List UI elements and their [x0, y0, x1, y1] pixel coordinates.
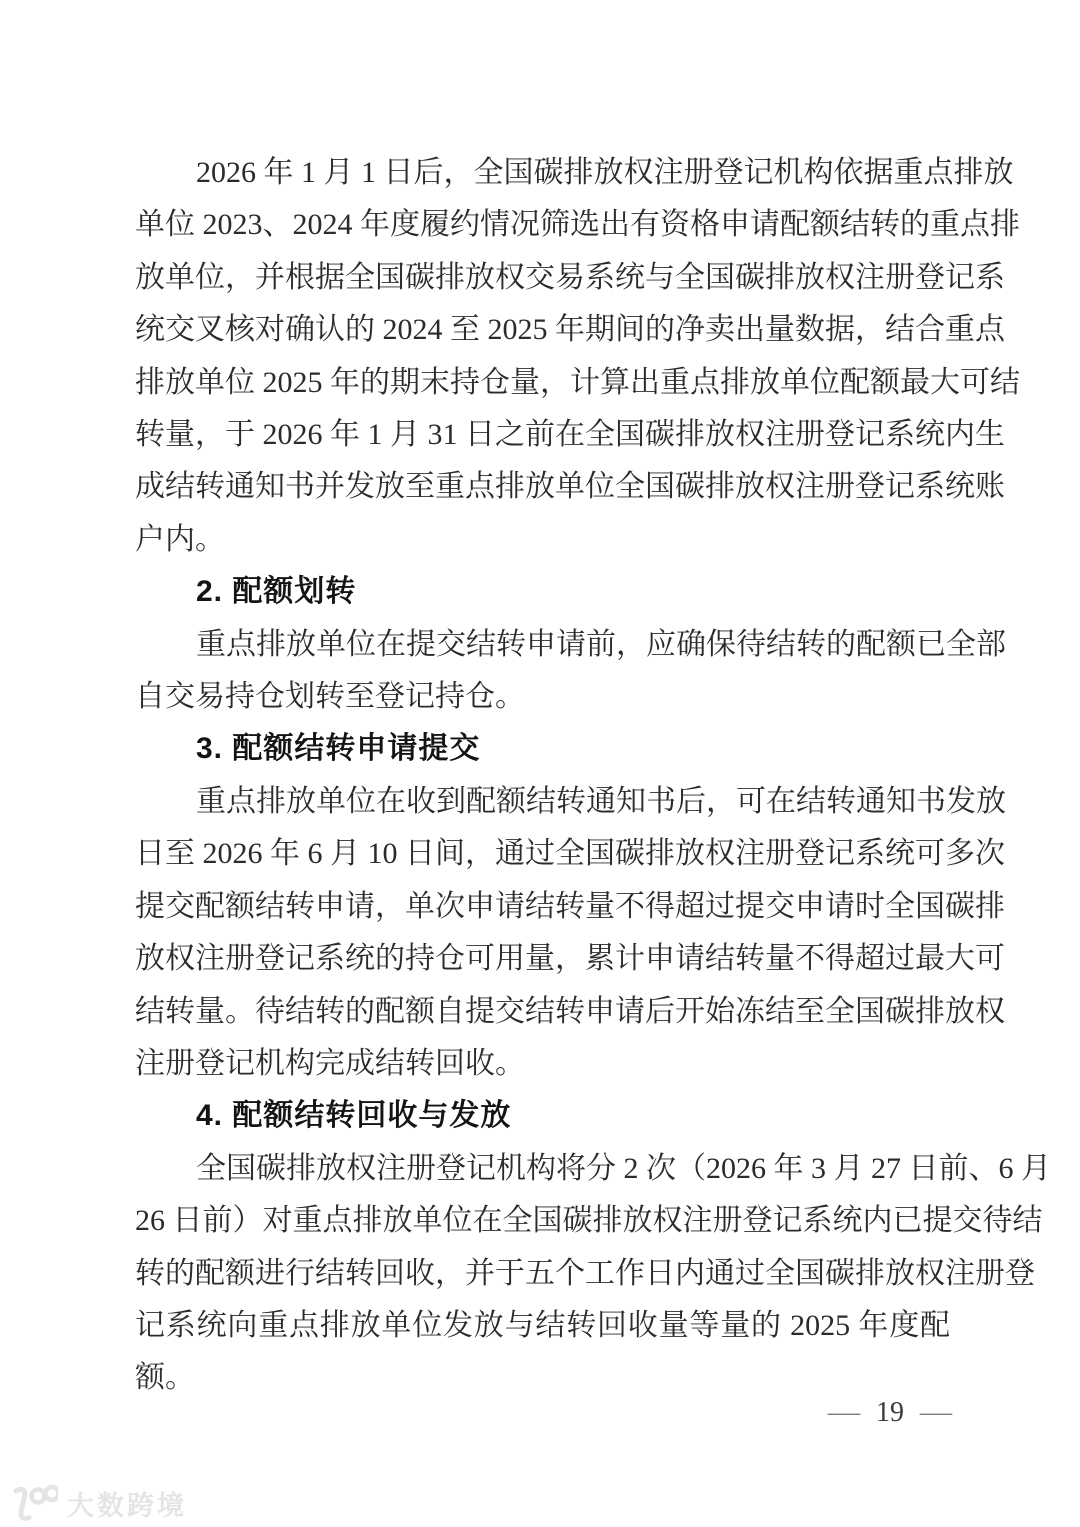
watermark-text: 大数跨境: [67, 1484, 187, 1523]
text-line: 提交配额结转申请，单次申请结转量不得超过提交申请时全国碳排: [135, 881, 950, 933]
document-page: 2026 年 1 月 1 日后，全国碳排放权注册登记机构依据重点排放单位 202…: [0, 0, 1080, 1527]
page-number: 19: [876, 1396, 904, 1430]
footer-dash-left: —: [828, 1396, 860, 1430]
text-line: 转的配额进行结转回收，并于五个工作日内通过全国碳排放权注册登: [135, 1248, 950, 1300]
paragraph: 2026 年 1 月 1 日后，全国碳排放权注册登记机构依据重点排放单位 202…: [135, 147, 950, 566]
paragraph: 全国碳排放权注册登记机构将分 2 次（2026 年 3 月 27 日前、6 月2…: [135, 1143, 950, 1405]
text-line: 转量，于 2026 年 1 月 31 日之前在全国碳排放权注册登记系统内生: [135, 409, 950, 461]
text-line: 日至 2026 年 6 月 10 日间，通过全国碳排放权注册登记系统可多次: [135, 828, 950, 880]
text-line: 户内。: [135, 514, 950, 566]
text-line: 2026 年 1 月 1 日后，全国碳排放权注册登记机构依据重点排放: [135, 147, 950, 199]
text-line: 放单位，并根据全国碳排放权交易系统与全国碳排放权注册登记系: [135, 252, 950, 304]
text-line: 排放单位 2025 年的期末持仓量，计算出重点排放单位配额最大可结: [135, 357, 950, 409]
text-line: 单位 2023、2024 年度履约情况筛选出有资格申请配额结转的重点排: [135, 199, 950, 251]
text-line: 26 日前）对重点排放单位在全国碳排放权注册登记系统内已提交待结: [135, 1195, 950, 1247]
document-body: 2026 年 1 月 1 日后，全国碳排放权注册登记机构依据重点排放单位 202…: [135, 147, 950, 1405]
text-line: 重点排放单位在提交结转申请前，应确保待结转的配额已全部: [135, 619, 950, 671]
text-line: 放权注册登记系统的持仓可用量，累计申请结转量不得超过最大可: [135, 933, 950, 985]
text-line: 统交叉核对确认的 2024 至 2025 年期间的净卖出量数据，结合重点: [135, 304, 950, 356]
text-line: 重点排放单位在收到配额结转通知书后，可在结转通知书发放: [135, 776, 950, 828]
footer-dash-right: —: [920, 1396, 952, 1430]
text-line: 自交易持仓划转至登记持仓。: [135, 671, 950, 723]
text-line: 成结转通知书并发放至重点排放单位全国碳排放权注册登记系统账: [135, 461, 950, 513]
section-heading: 3. 配额结转申请提交: [135, 723, 950, 775]
page-footer: — 19 —: [830, 1396, 950, 1430]
text-line: 全国碳排放权注册登记机构将分 2 次（2026 年 3 月 27 日前、6 月: [135, 1143, 950, 1195]
text-line: 结转量。待结转的配额自提交结转申请后开始冻结至全国碳排放权: [135, 986, 950, 1038]
watermark: 大数跨境: [8, 1482, 187, 1524]
paragraph: 重点排放单位在提交结转申请前，应确保待结转的配额已全部自交易持仓划转至登记持仓。: [135, 619, 950, 724]
text-line: 记系统向重点排放单位发放与结转回收量等量的 2025 年度配额。: [135, 1300, 950, 1405]
section-heading: 2. 配额划转: [135, 566, 950, 618]
watermark-logo-icon: [8, 1482, 58, 1524]
paragraph: 重点排放单位在收到配额结转通知书后，可在结转通知书发放日至 2026 年 6 月…: [135, 776, 950, 1090]
text-line: 注册登记机构完成结转回收。: [135, 1038, 950, 1090]
section-heading: 4. 配额结转回收与发放: [135, 1090, 950, 1142]
